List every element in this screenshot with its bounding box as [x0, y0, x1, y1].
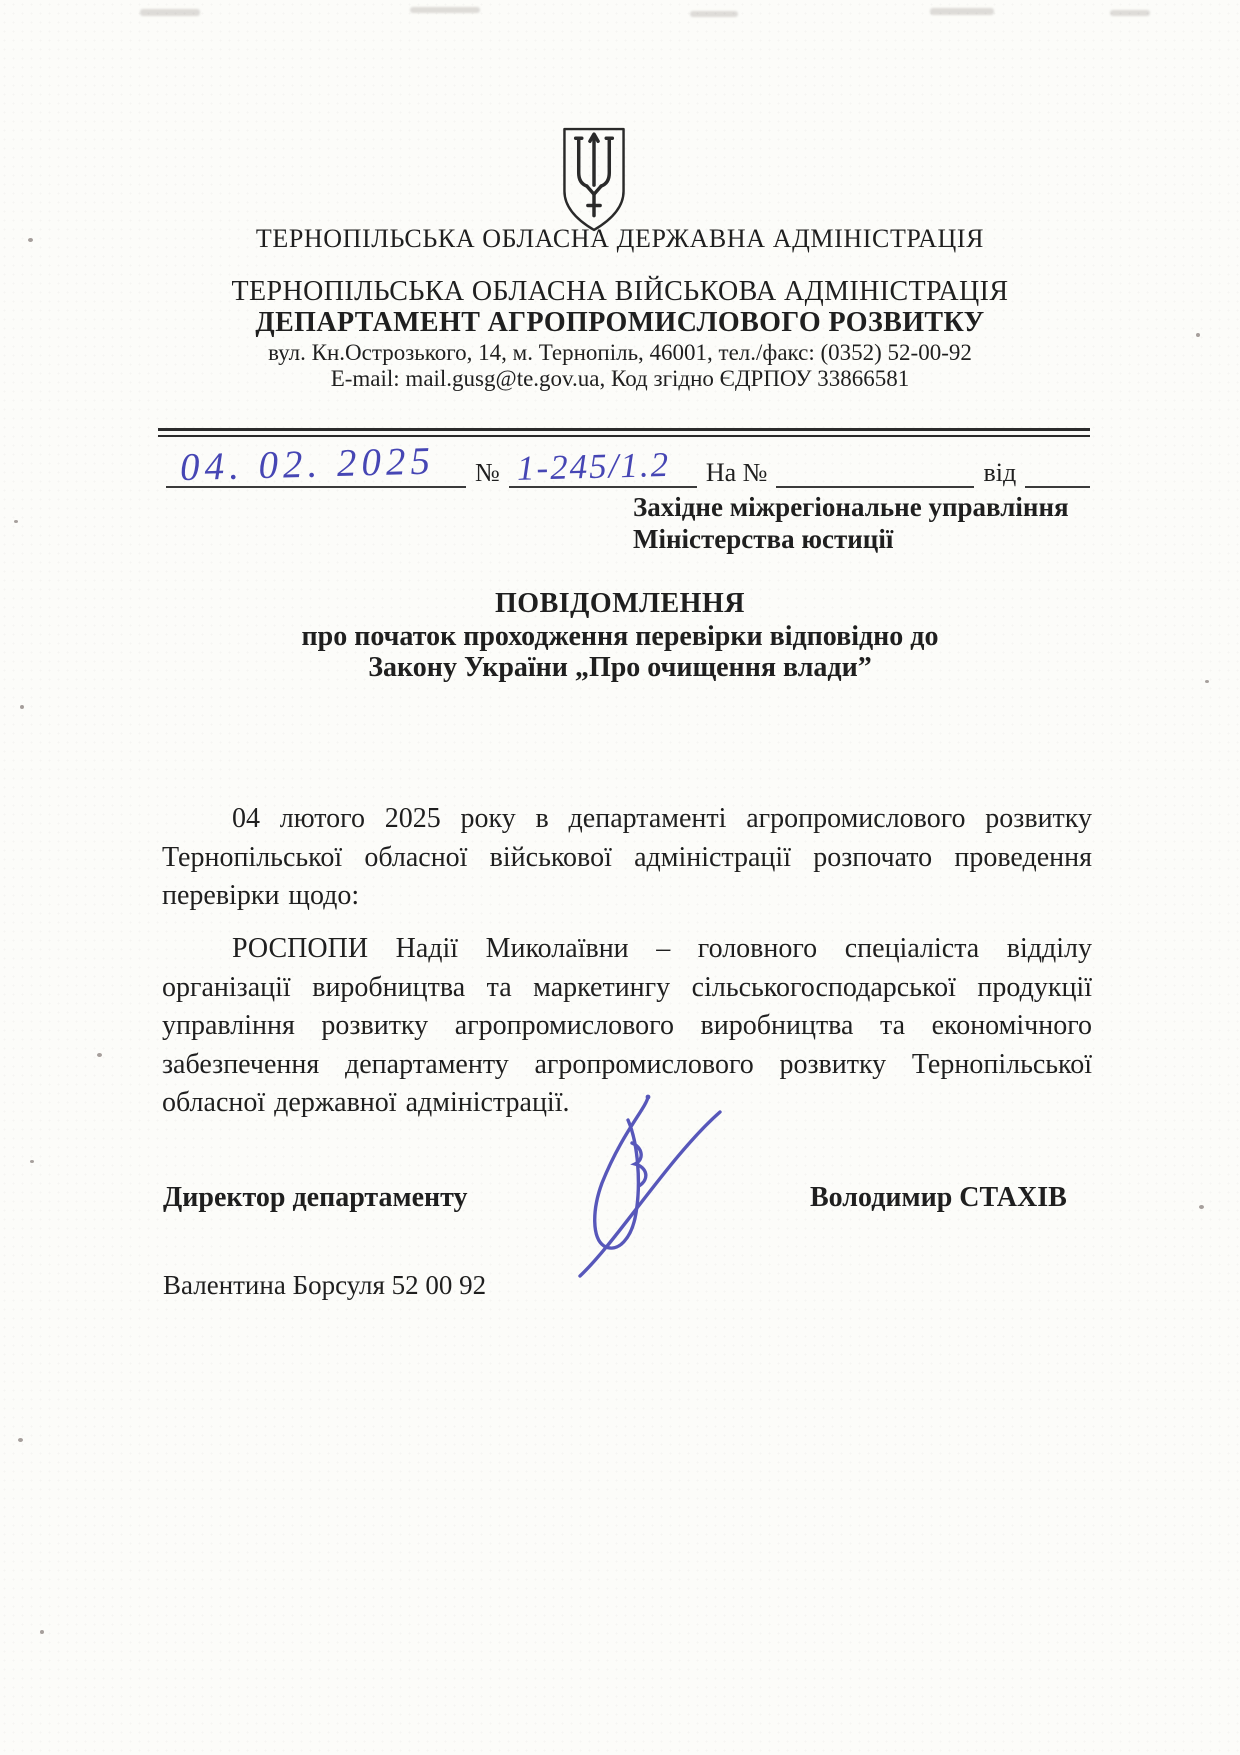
- document-subtitle-line2: Закону України „Про очищення влади”: [0, 652, 1240, 684]
- date-field: 04. 02. 2025: [166, 445, 466, 488]
- org-name-state-administration: ТЕРНОПІЛЬСЬКА ОБЛАСНА ДЕРЖАВНА АДМІНІСТР…: [0, 224, 1240, 254]
- vid-label: від: [974, 460, 1025, 488]
- signatory-name: Володимир СТАХІВ: [810, 1182, 1067, 1214]
- document-subtitle-line1: про початок проходження перевірки відпов…: [0, 621, 1240, 653]
- org-name-department: ДЕПАРТАМЕНТ АГРОПРОМИСЛОВОГО РОЗВИТКУ: [0, 307, 1240, 339]
- scan-artifact: [20, 705, 24, 709]
- recipient-line2: Міністерства юстиції: [633, 523, 1069, 555]
- scan-artifact: [410, 7, 480, 13]
- incoming-number-blank: [776, 486, 974, 488]
- scan-artifact: [930, 8, 994, 15]
- org-email-line: E-mail: mail.gusg@te.gov.ua, Код згідно …: [0, 366, 1240, 392]
- scanned-letter-page: ТЕРНОПІЛЬСЬКА ОБЛАСНА ДЕРЖАВНА АДМІНІСТР…: [0, 0, 1240, 1755]
- header-double-rule: [158, 428, 1090, 437]
- executor-contact: Валентина Борсуля 52 00 92: [163, 1270, 486, 1301]
- scan-artifact: [14, 520, 18, 523]
- recipient-line1: Західне міжрегіональне управління: [633, 491, 1069, 523]
- scan-artifact: [690, 11, 738, 17]
- outgoing-number-field: 1-245/1.2: [509, 449, 697, 488]
- org-address-line: вул. Кн.Острозького, 14, м. Тернопіль, 4…: [0, 340, 1240, 366]
- number-sign-label: №: [466, 460, 509, 488]
- document-title: ПОВІДОМЛЕННЯ: [0, 588, 1240, 620]
- scan-artifact: [1110, 10, 1150, 16]
- reference-line: 04. 02. 2025 № 1-245/1.2 На № від: [166, 442, 1090, 488]
- ukraine-trident-emblem-icon: [560, 126, 628, 234]
- incoming-date-blank: [1025, 486, 1090, 488]
- scan-artifact: [18, 1438, 23, 1442]
- signatory-position: Директор департаменту: [163, 1182, 468, 1214]
- scan-artifact: [30, 1160, 34, 1163]
- body-paragraph-1: 04 лютого 2025 року в департаменті агроп…: [162, 800, 1092, 916]
- scan-artifact: [1199, 1205, 1204, 1209]
- handwritten-number: 1-245/1.2: [508, 447, 670, 488]
- handwritten-signature-icon: [552, 1088, 747, 1283]
- handwritten-date: 04. 02. 2025: [166, 441, 436, 489]
- scan-artifact: [140, 9, 200, 16]
- org-name-military-administration: ТЕРНОПІЛЬСЬКА ОБЛАСНА ВІЙСЬКОВА АДМІНІСТ…: [0, 276, 1240, 308]
- scan-artifact: [97, 1053, 102, 1057]
- recipient-block: Західне міжрегіональне управління Мініст…: [633, 491, 1069, 555]
- scan-artifact: [40, 1630, 44, 1634]
- na-number-label: На №: [697, 460, 777, 488]
